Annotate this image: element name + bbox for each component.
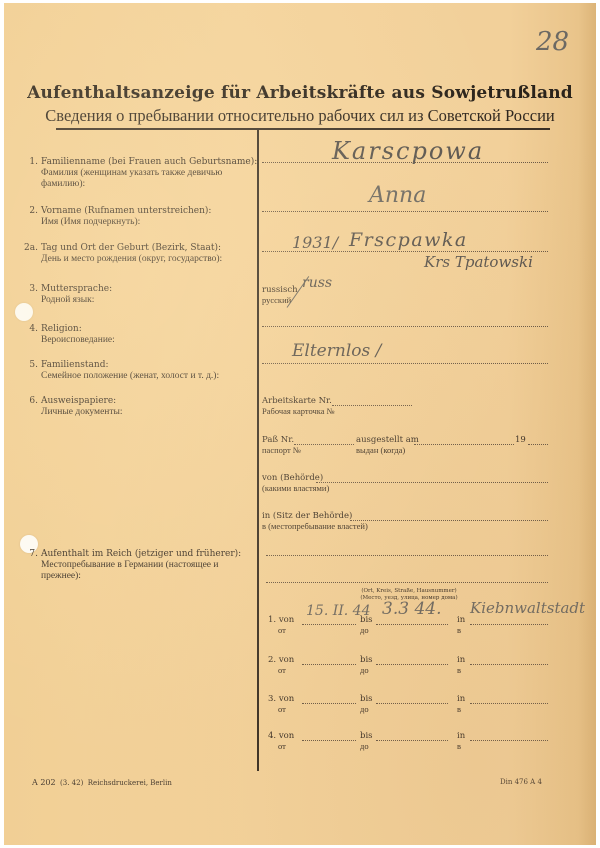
field-birth-district[interactable]: Krs Tpatowski: [424, 253, 533, 271]
field-firstname-label: 2.Vorname (Rufnamen unterstreichen): Имя…: [18, 206, 258, 228]
field-religion-line[interactable]: [262, 326, 548, 327]
passport-label: Paß Nr. паспорт №: [262, 435, 301, 455]
field-marital-label: 5.Familienstand: Семейное положение (жен…: [18, 360, 258, 382]
residence-row-4-from-line[interactable]: [302, 740, 356, 741]
residence-row-2-in-label: in в: [457, 655, 465, 675]
work-card-label: Arbeitskarte Nr. Рабочая карточка №: [262, 396, 335, 416]
residence-row-1-to-label: bis до: [360, 615, 373, 635]
residence-line-2[interactable]: [266, 582, 548, 583]
residence-row-3-from-line[interactable]: [302, 703, 356, 704]
residence-row-2-to-label: bis до: [360, 655, 373, 675]
field-surname-label: 1.Familienname (bei Frauen auch Geburtsn…: [18, 157, 258, 190]
residence-row-1-place-line: [470, 624, 548, 625]
residence-row-2-from-label: 2. von от: [268, 655, 294, 675]
residence-row-1-place[interactable]: Kiebnwaltstadt: [470, 599, 585, 617]
residence-row-2-from-line[interactable]: [302, 664, 356, 665]
issued-line[interactable]: [414, 444, 514, 445]
residence-row-1-from-line: [302, 624, 356, 625]
residence-row-4-to-label: bis до: [360, 731, 373, 751]
field-firstname-value[interactable]: Anna: [369, 183, 426, 208]
document-page: 28 Aufenthaltsanzeige für Arbeitskräfte …: [4, 3, 596, 845]
work-card-line[interactable]: [332, 405, 412, 406]
residence-row-1-in-label: in в: [457, 615, 465, 635]
authority-label: von (Behörde) (какими властями): [262, 473, 329, 493]
residence-row-3-place-line[interactable]: [470, 703, 548, 704]
issued-year-prefix: 19: [515, 435, 526, 445]
residence-row-4-in-label: in в: [457, 731, 465, 751]
field-marital-value[interactable]: Elternlos /: [292, 341, 381, 361]
field-birth-label: 2a.Tag und Ort der Geburt (Bezirk, Staat…: [18, 243, 258, 265]
field-language-label: 3.Muttersprache: Родной язык:: [18, 284, 258, 306]
issued-label: ausgestellt am выдан (когда): [356, 435, 419, 455]
field-birth-place[interactable]: Frscpawka: [349, 229, 468, 251]
residence-row-1-from-label: 1. von от: [268, 615, 294, 635]
authority-seat-label: in (Sitz der Behörde) в (местопребывание…: [262, 511, 368, 531]
field-documents-label: 6.Ausweispapiere: Личные документы:: [18, 396, 258, 418]
residence-row-2-to-line[interactable]: [376, 664, 448, 665]
field-religion-label: 4.Religion: Вероисповедание:: [18, 324, 258, 346]
field-surname-value[interactable]: Karscpowa: [332, 137, 484, 165]
form-imprint: A 202 (3. 42) Reichsdruckerei, Berlin: [32, 778, 172, 787]
residence-row-3-from-label: 3. von от: [268, 694, 294, 714]
passport-line[interactable]: [294, 444, 354, 445]
issued-year-line[interactable]: [528, 444, 548, 445]
page-number-handwritten: 28: [536, 27, 569, 57]
residence-row-4-place-line[interactable]: [470, 740, 548, 741]
authority-line[interactable]: [316, 482, 548, 483]
field-language-printed: russisch русский: [262, 285, 298, 305]
residence-line-1[interactable]: [266, 555, 548, 556]
title-german: Aufenthaltsanzeige für Arbeitskräfte aus…: [4, 83, 596, 103]
residence-row-1-to-line: [376, 624, 448, 625]
residence-row-4-to-line[interactable]: [376, 740, 448, 741]
authority-seat-line[interactable]: [350, 520, 548, 521]
residence-row-2-place-line[interactable]: [470, 664, 548, 665]
field-marital-line: [262, 363, 548, 364]
field-surname-line: [262, 162, 548, 163]
field-birth-year[interactable]: 1931/: [292, 233, 338, 252]
residence-row-4-from-label: 4. von от: [268, 731, 294, 751]
field-firstname-line: [262, 211, 548, 212]
residence-row-3-to-label: bis до: [360, 694, 373, 714]
residence-row-3-to-line[interactable]: [376, 703, 448, 704]
din-format: Din 476 A 4: [500, 778, 542, 786]
header-rule: [56, 128, 550, 130]
field-residence-label: 7.Aufenthalt im Reich (jetziger und früh…: [18, 549, 258, 582]
residence-row-1-to[interactable]: 3.3 44.: [382, 599, 441, 619]
field-birth-line: [262, 251, 548, 252]
residence-row-3-in-label: in в: [457, 694, 465, 714]
title-russian: Сведения о пребывании относительно рабоч…: [4, 106, 596, 126]
